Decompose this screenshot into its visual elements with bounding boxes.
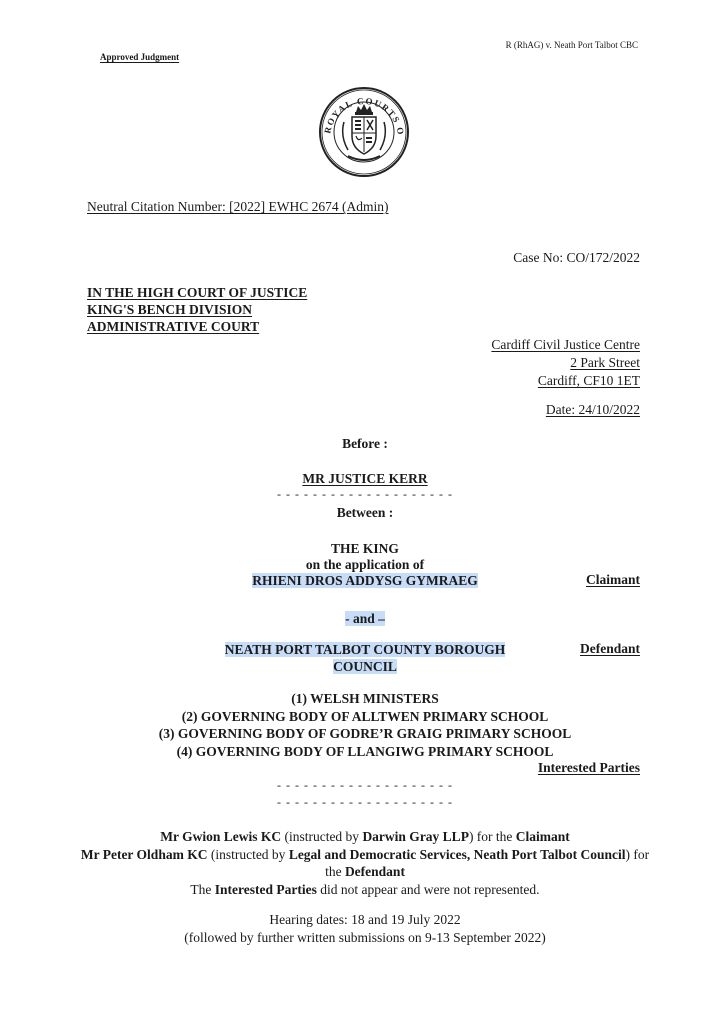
neutral-citation: Neutral Citation Number: [2022] EWHC 267… — [87, 199, 388, 215]
and-label: - and – — [345, 611, 385, 626]
claimant-line-2: on the application of — [0, 557, 728, 573]
interested-party: (4) GOVERNING BODY OF LLANGIWG PRIMARY S… — [0, 743, 728, 761]
judge-row: MR JUSTICE KERR — [0, 471, 728, 487]
party: Interested Parties — [215, 882, 317, 897]
defendant-block: NEATH PORT TALBOT COUNTY BOROUGH COUNCIL — [200, 641, 530, 675]
interested-parties-list: (1) WELSH MINISTERS (2) GOVERNING BODY O… — [0, 690, 728, 760]
address-line: Cardiff, CF10 1ET — [491, 372, 640, 390]
interested-parties-role: Interested Parties — [538, 760, 640, 776]
interested-party: (3) GOVERNING BODY OF GODRE’R GRAIG PRIM… — [0, 725, 728, 743]
text: (instructed by — [281, 829, 362, 844]
claimant-counsel-line: Mr Gwion Lewis KC (instructed by Darwin … — [0, 828, 728, 846]
defendant-counsel: Mr Peter Oldham KC — [81, 847, 208, 862]
running-header: R (RhAG) v. Neath Port Talbot CBC — [506, 40, 638, 50]
party: Defendant — [345, 864, 405, 879]
before-label: Before : — [0, 436, 728, 452]
defendant-name-line-2: COUNCIL — [333, 659, 397, 674]
interested-parties-note: The Interested Parties did not appear an… — [0, 881, 728, 899]
text: did not appear and were not represented. — [317, 882, 540, 897]
judge-name: MR JUSTICE KERR — [302, 471, 427, 486]
court-line: ADMINISTRATIVE COURT — [87, 318, 307, 335]
party: Claimant — [516, 829, 570, 844]
and-row: - and – — [0, 611, 728, 627]
defendant-counsel-line: Mr Peter Oldham KC (instructed by Legal … — [0, 846, 728, 881]
judgment-date: Date: 24/10/2022 — [546, 402, 640, 418]
court-line: IN THE HIGH COURT OF JUSTICE — [87, 284, 307, 301]
court-line: KING'S BENCH DIVISION — [87, 301, 307, 318]
interested-party: (1) WELSH MINISTERS — [0, 690, 728, 708]
defendant-solicitor: Legal and Democratic Services, Neath Por… — [289, 847, 626, 862]
separator-line: - - - - - - - - - - - - - - - - - - - - — [0, 778, 728, 793]
hearing-line-2: (followed by further written submissions… — [0, 929, 728, 947]
approved-judgment-label: Approved Judgment — [100, 52, 179, 62]
defendant-role: Defendant — [580, 641, 640, 657]
claimant-line-1: THE KING — [0, 541, 728, 557]
text: (instructed by — [207, 847, 288, 862]
claimant-solicitor: Darwin Gray LLP — [362, 829, 469, 844]
separator-line: - - - - - - - - - - - - - - - - - - - - — [0, 487, 728, 502]
between-label: Between : — [0, 505, 728, 521]
defendant-name-line-1: NEATH PORT TALBOT COUNTY BOROUGH — [225, 642, 506, 657]
case-number: Case No: CO/172/2022 — [513, 250, 640, 266]
interested-party: (2) GOVERNING BODY OF ALLTWEN PRIMARY SC… — [0, 708, 728, 726]
claimant-name: RHIENI DROS ADDYSG GYMRAEG — [252, 573, 477, 588]
court-address: Cardiff Civil Justice Centre 2 Park Stre… — [491, 336, 640, 390]
separator-line: - - - - - - - - - - - - - - - - - - - - — [0, 795, 728, 810]
claimant-counsel: Mr Gwion Lewis KC — [160, 829, 281, 844]
hearing-dates: Hearing dates: 18 and 19 July 2022 (foll… — [0, 911, 728, 946]
hearing-line-1: Hearing dates: 18 and 19 July 2022 — [0, 911, 728, 929]
address-line: 2 Park Street — [491, 354, 640, 372]
claimant-role: Claimant — [586, 572, 640, 588]
counsel-block: Mr Gwion Lewis KC (instructed by Darwin … — [0, 828, 728, 898]
text: The — [190, 882, 214, 897]
address-line: Cardiff Civil Justice Centre — [491, 336, 640, 354]
text: ) for the — [469, 829, 516, 844]
royal-courts-seal-icon: ROYAL COURTS OF JUSTICE — [318, 86, 410, 178]
court-name-block: IN THE HIGH COURT OF JUSTICE KING'S BENC… — [87, 284, 307, 335]
